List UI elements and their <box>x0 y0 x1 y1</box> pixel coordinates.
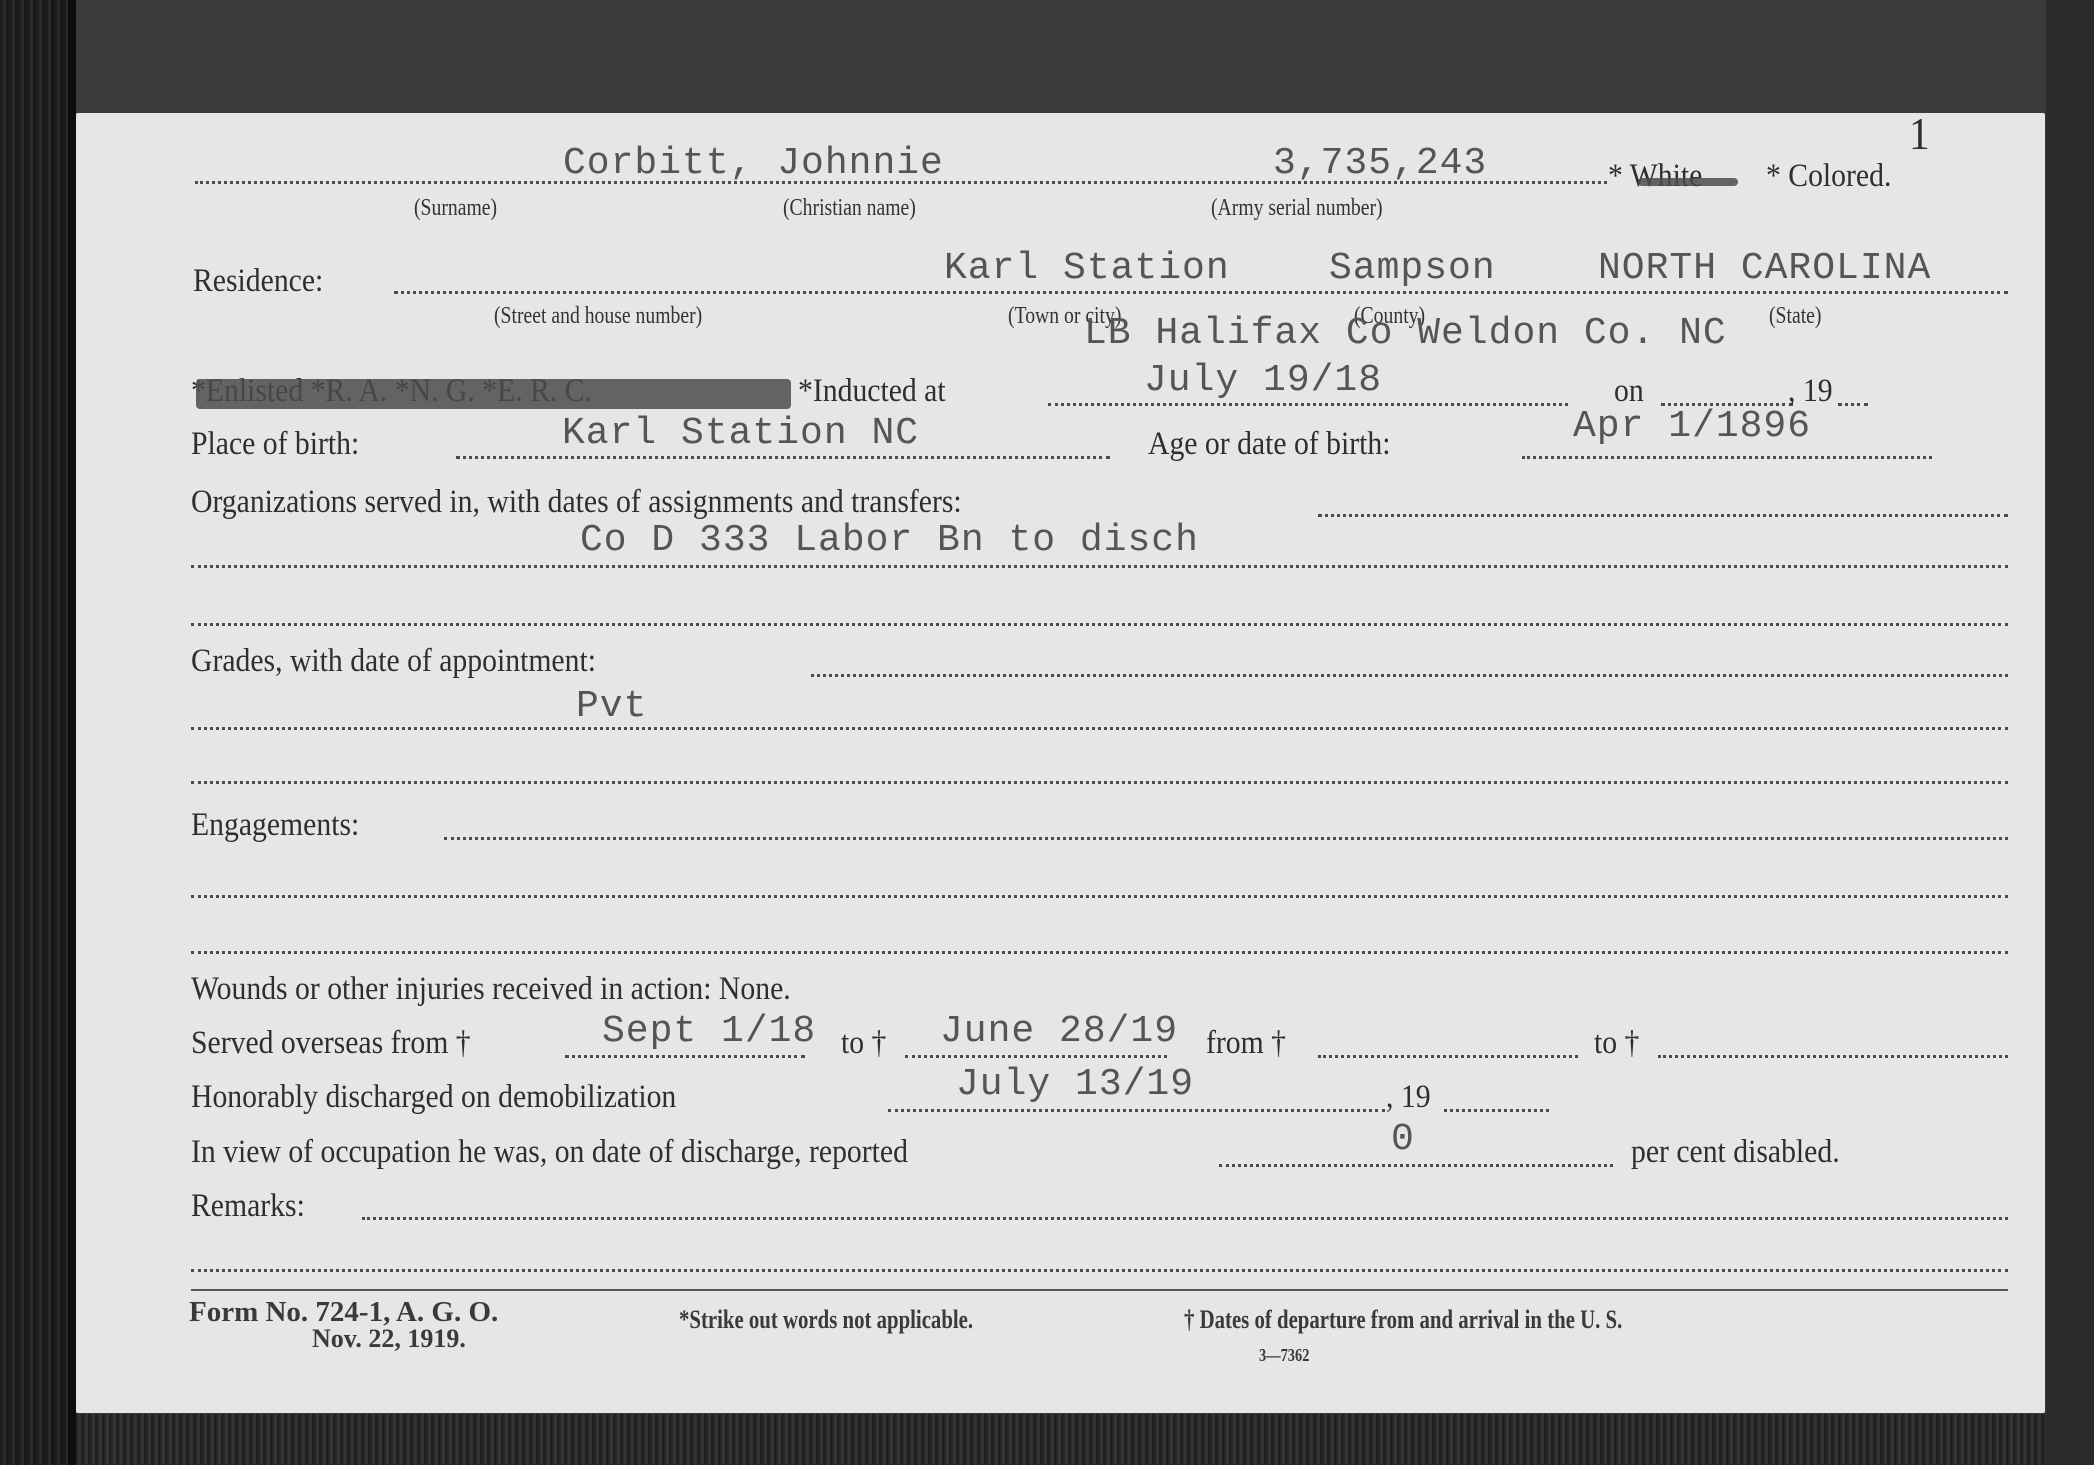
overseas-to2-label: to † <box>1594 1025 1639 1062</box>
residence-label: Residence: <box>193 263 323 300</box>
organizations-line-3 <box>191 623 2008 626</box>
induction-date-value: July 19/18 <box>1144 359 1382 402</box>
place-of-birth-line <box>456 456 1110 459</box>
enlisted-strike-mark <box>196 379 791 409</box>
wounds-label: Wounds or other injuries received in act… <box>191 971 791 1008</box>
organizations-line-2 <box>191 565 2008 568</box>
residence-town-value: Karl Station <box>944 247 1230 290</box>
residence-line <box>394 291 2008 294</box>
overseas-to2-line <box>1658 1055 2008 1058</box>
name-value: Corbitt, Johnnie <box>563 142 944 185</box>
organizations-label: Organizations served in, with dates of a… <box>191 484 962 521</box>
remarks-line-2 <box>191 1269 2008 1272</box>
grades-line-1 <box>811 674 2008 677</box>
race-white-strike <box>1638 178 1738 186</box>
organizations-line-1 <box>1318 514 2008 517</box>
scan-edge-line <box>68 0 76 1465</box>
discharge-year-line <box>1444 1109 1549 1112</box>
induction-place-value: LB Halifax Co Weldon Co. NC <box>1084 312 1727 355</box>
overseas-from2-label: from † <box>1206 1025 1286 1062</box>
engagements-line-2 <box>191 895 2008 898</box>
scan-background-left <box>0 0 68 1465</box>
form-date: Nov. 22, 1919. <box>312 1324 466 1354</box>
scan-background-right <box>2046 0 2094 1465</box>
service-record-card: 1 Corbitt, Johnnie 3,735,243 * White * C… <box>76 113 2045 1413</box>
page-number: 1 <box>1909 107 1930 160</box>
grades-value: Pvt <box>576 685 647 728</box>
place-of-birth-label: Place of birth: <box>191 426 359 463</box>
discharge-year-label: , 19 <box>1386 1079 1431 1116</box>
race-white-label: * White <box>1608 158 1702 195</box>
remarks-label: Remarks: <box>191 1188 305 1225</box>
place-of-birth-value: Karl Station NC <box>562 412 919 455</box>
remarks-line-1 <box>362 1217 2008 1220</box>
dagger-note: † Dates of departure from and arrival in… <box>1184 1305 1622 1335</box>
christian-name-label: (Christian name) <box>783 195 916 222</box>
grades-label: Grades, with date of appointment: <box>191 643 596 680</box>
residence-state-value: NORTH CAROLINA <box>1598 247 1931 290</box>
overseas-from-line <box>565 1055 805 1058</box>
organizations-value: Co D 333 Labor Bn to disch <box>580 519 1199 562</box>
overseas-from2-line <box>1318 1055 1578 1058</box>
footer-divider <box>191 1289 2008 1291</box>
engagements-label: Engagements: <box>191 807 359 844</box>
disability-suffix: per cent disabled. <box>1631 1134 1840 1171</box>
scan-background-bottom <box>76 1414 2046 1465</box>
disability-label: In view of occupation he was, on date of… <box>191 1134 908 1171</box>
overseas-to-line <box>905 1055 1167 1058</box>
date-of-birth-label: Age or date of birth: <box>1148 426 1390 463</box>
overseas-to-label: to † <box>841 1025 886 1062</box>
disability-line <box>1219 1164 1613 1167</box>
inducted-label: *Inducted at <box>798 373 946 410</box>
date-of-birth-line <box>1522 456 1932 459</box>
residence-county-value: Sampson <box>1329 247 1496 290</box>
induction-year-line <box>1838 403 1868 406</box>
discharge-value: July 13/19 <box>956 1063 1194 1106</box>
date-of-birth-value: Apr 1/1896 <box>1573 405 1811 448</box>
grades-line-2 <box>191 727 2008 730</box>
race-colored-label: * Colored. <box>1766 158 1891 195</box>
disability-value: 0 <box>1391 1118 1415 1161</box>
discharge-line <box>888 1109 1385 1112</box>
discharge-label: Honorably discharged on demobilization <box>191 1079 676 1116</box>
overseas-label: Served overseas from † <box>191 1025 471 1062</box>
engagements-line-1 <box>444 837 2008 840</box>
engagements-line-3 <box>191 951 2008 954</box>
street-label: (Street and house number) <box>494 303 702 330</box>
grades-line-3 <box>191 781 2008 784</box>
inducted-line <box>1048 403 1568 406</box>
state-label: (State) <box>1769 303 1821 330</box>
overseas-to-value: June 28/19 <box>940 1010 1178 1053</box>
serial-label: (Army serial number) <box>1211 195 1383 222</box>
surname-label: (Surname) <box>414 195 497 222</box>
serial-value: 3,735,243 <box>1273 142 1487 185</box>
strike-note: *Strike out words not applicable. <box>679 1305 973 1335</box>
overseas-from-value: Sept 1/18 <box>602 1010 816 1053</box>
print-code: 3—7362 <box>1259 1345 1309 1366</box>
